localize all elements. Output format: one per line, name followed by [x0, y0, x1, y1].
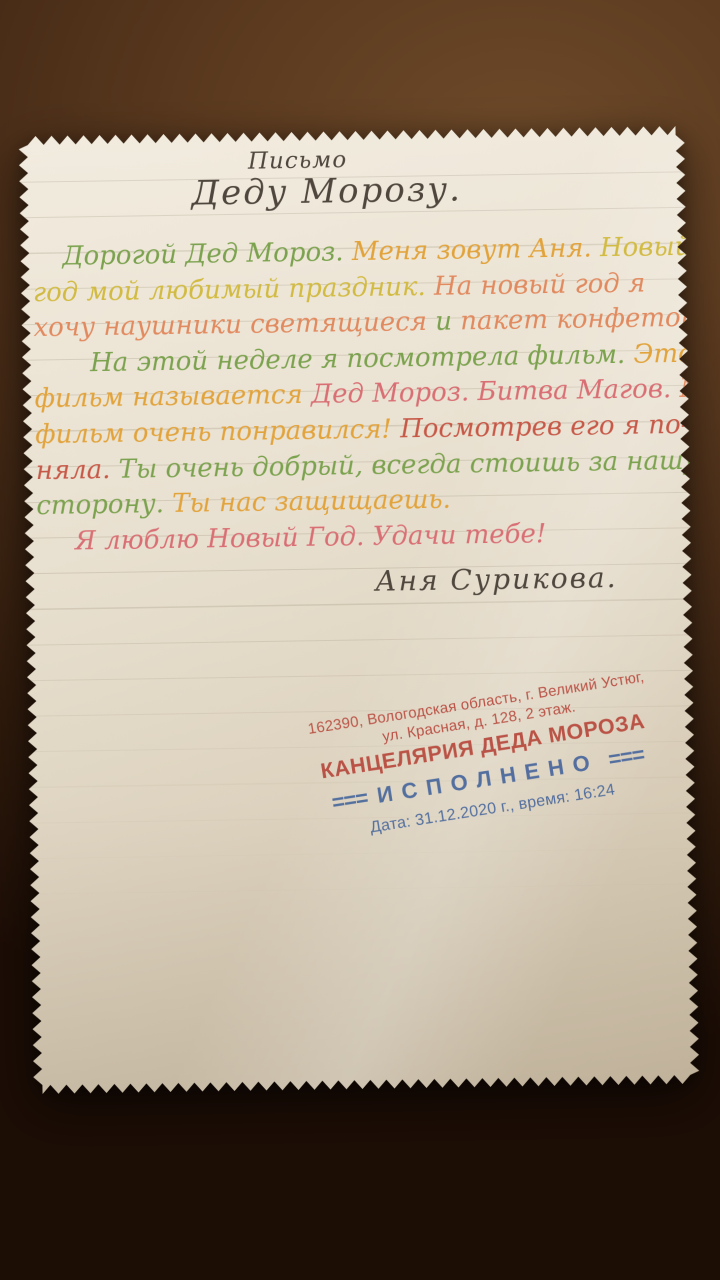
- paper-shadow: Письмо Деду Морозу. Дорогой Дед Мороз. М…: [19, 126, 700, 1094]
- letter-heading-recipient: Деду Морозу.: [191, 169, 462, 213]
- handwriting-segment: Этот: [625, 338, 719, 369]
- letter-paper: Письмо Деду Морозу. Дорогой Дед Мороз. М…: [19, 126, 700, 1094]
- handwriting-segment: фильм очень понравился!: [35, 414, 392, 450]
- handwriting-segment: хочу наушники светящиеся: [33, 307, 435, 343]
- stamp-status-suffix-bars: ===: [607, 742, 646, 772]
- handwriting-segment: год мой любимый праздник.: [33, 272, 426, 308]
- handwriting-segment: сторону.: [36, 489, 164, 521]
- handwriting-segment: На новый год я: [425, 268, 645, 301]
- photo-background: Письмо Деду Морозу. Дорогой Дед Мороз. М…: [0, 0, 720, 1280]
- handwriting-segment: пакет конфетой.: [452, 303, 706, 337]
- handwriting-segment: Дорогой Дед Мороз.: [62, 237, 344, 271]
- handwriting-segment: няла.: [36, 454, 111, 485]
- letter-body: Дорогой Дед Мороз. Меня зовут Аня. Новый…: [32, 230, 685, 560]
- handwriting-segment: Дед Мороз. Битва Магов.: [311, 374, 672, 410]
- signature: Аня Сурикова.: [375, 561, 618, 598]
- handwriting-segment: Посмотрев его я по-: [392, 410, 690, 445]
- handwriting-segment: фильм называется: [34, 380, 311, 414]
- handwriting-segment: Ты нас защищаешь.: [164, 485, 451, 520]
- handwriting-segment: Я люблю Новый Год. Удачи тебе!: [75, 519, 547, 556]
- handwriting-segment: Мне: [671, 373, 720, 404]
- stamp-status-prefix-bars: ===: [330, 785, 369, 815]
- handwriting-segment: Новый: [591, 232, 691, 264]
- handwriting-segment: и: [435, 307, 452, 337]
- handwriting-segment: Ты очень добрый, всегда стоишь за нашу: [110, 445, 699, 484]
- handwriting-segment: На этой неделе я посмотрела фильм.: [90, 340, 626, 378]
- handwriting-segment: Меня зовут Аня.: [343, 233, 592, 267]
